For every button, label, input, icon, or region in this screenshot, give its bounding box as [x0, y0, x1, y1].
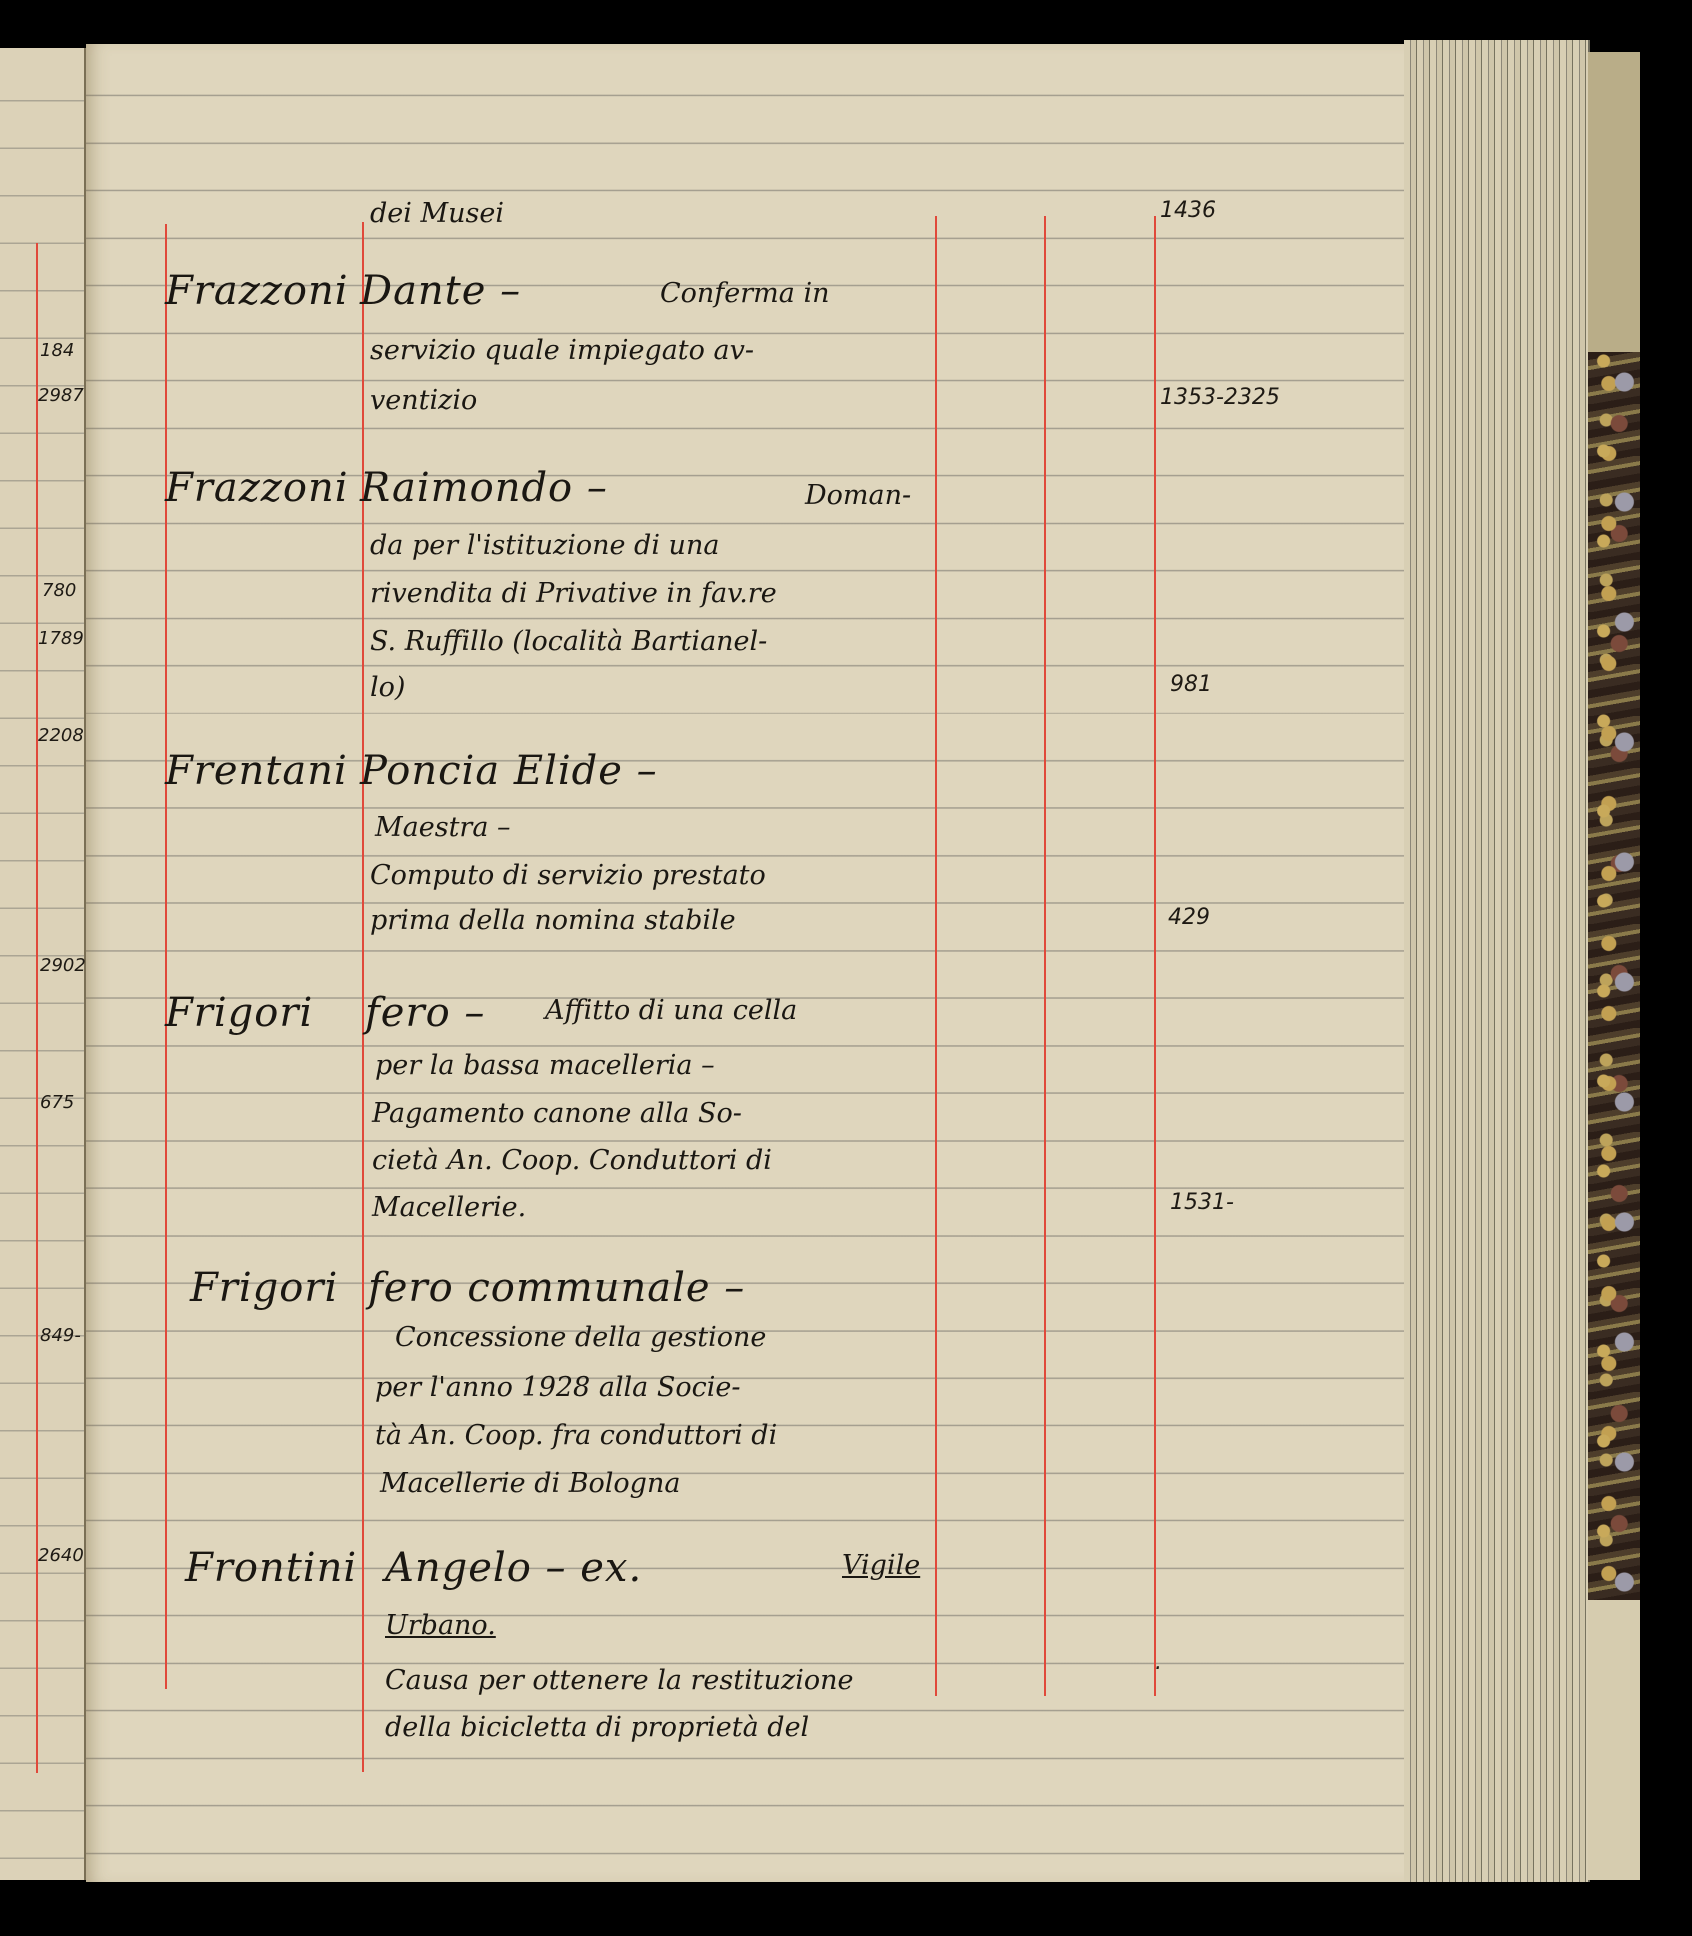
- entry-text-line: dei Musei: [370, 198, 504, 229]
- entry-heading-surname: Frigori: [165, 990, 313, 1036]
- entry-heading-surname: Frentani: [165, 748, 348, 794]
- entry-text-line: Affitto di una cella: [545, 995, 797, 1026]
- margin-number: 2902: [40, 955, 86, 976]
- red-rule-subject-col: [362, 222, 364, 1772]
- entry-text-line: rivendita di Privative in fav.re: [370, 578, 777, 609]
- red-rule-name-col: [165, 224, 167, 1689]
- marbled-cover: [1588, 352, 1640, 1600]
- entry-text-line: prima della nomina stabile: [370, 905, 736, 936]
- red-rule-subject-end: [935, 216, 937, 1696]
- margin-number: 184: [40, 340, 74, 361]
- entry-text-line: Conferma in: [660, 278, 830, 309]
- entry-heading-name: Dante –: [360, 268, 521, 314]
- entry-heading-name: Angelo – ex.: [385, 1545, 642, 1591]
- entry-text-line: da per l'istituzione di una: [370, 530, 719, 561]
- margin-number: 2208: [38, 725, 84, 746]
- entry-reference-number: 1436: [1160, 198, 1216, 223]
- red-rule-ref-col: [1154, 216, 1156, 1696]
- entry-text-line: per la bassa macelleria –: [375, 1050, 715, 1081]
- entry-reference-number: .: [1155, 1650, 1162, 1675]
- page-edge-stack: [1404, 40, 1590, 1882]
- entry-heading-surname: Frigori: [190, 1265, 338, 1311]
- entry-text-line: ventizio: [370, 385, 477, 416]
- entry-text-line: Macellerie di Bologna: [380, 1468, 680, 1499]
- entry-text-line: per l'anno 1928 alla Socie-: [375, 1372, 740, 1403]
- entry-heading-surname: Frontini: [185, 1545, 357, 1591]
- entry-heading-surname: Frazzoni: [165, 465, 349, 511]
- entry-text-line: Maestra –: [375, 812, 511, 843]
- entry-heading-name: fero communale –: [368, 1265, 745, 1311]
- margin-number: 2987: [38, 385, 84, 406]
- vellum-cover-top: [1588, 52, 1640, 352]
- entry-text-line: Pagamento canone alla So-: [372, 1098, 742, 1129]
- entry-heading-name: Poncia Elide –: [360, 748, 658, 794]
- vellum-cover-bottom: [1588, 1600, 1640, 1880]
- entry-text-line: Macellerie.: [372, 1192, 526, 1223]
- margin-number: 675: [40, 1092, 74, 1113]
- entry-reference-number: 1531-: [1170, 1190, 1234, 1215]
- entry-text-line: Causa per ottenere la restituzione: [385, 1665, 853, 1696]
- entry-heading-name: Raimondo –: [360, 465, 608, 511]
- entry-text-line: S. Ruffillo (località Bartianel-: [370, 626, 767, 657]
- entry-text-line: della bicicletta di proprietà del: [385, 1712, 809, 1743]
- red-rule-extra-col: [1044, 216, 1046, 1696]
- entry-text-line: cietà An. Coop. Conduttori di: [372, 1145, 772, 1176]
- entry-text-underlined: Urbano.: [385, 1610, 496, 1641]
- entry-text-line: lo): [370, 672, 405, 703]
- entry-text-line: tà An. Coop. fra conduttori di: [375, 1420, 777, 1451]
- right-page: [86, 44, 1406, 1882]
- margin-number: 1789: [38, 628, 84, 649]
- red-margin-rule: [36, 243, 38, 1773]
- entry-heading-surname: Frazzoni: [165, 268, 349, 314]
- margin-number: 2640: [38, 1545, 84, 1566]
- entry-reference-number: 981: [1170, 672, 1212, 697]
- entry-reference-number: 429: [1168, 905, 1210, 930]
- margin-number: 849-: [40, 1325, 81, 1346]
- entry-heading-name: fero –: [365, 990, 485, 1036]
- entry-text-line: Doman-: [805, 480, 911, 511]
- margin-number: 780: [42, 580, 76, 601]
- entry-text-line: servizio quale impiegato av-: [370, 335, 754, 366]
- entry-text-line: Computo di servizio prestato: [370, 860, 766, 891]
- entry-reference-number: 1353-2325: [1160, 385, 1280, 410]
- entry-text-line: Concessione della gestione: [395, 1322, 766, 1353]
- entry-text-underlined: Vigile: [842, 1550, 920, 1581]
